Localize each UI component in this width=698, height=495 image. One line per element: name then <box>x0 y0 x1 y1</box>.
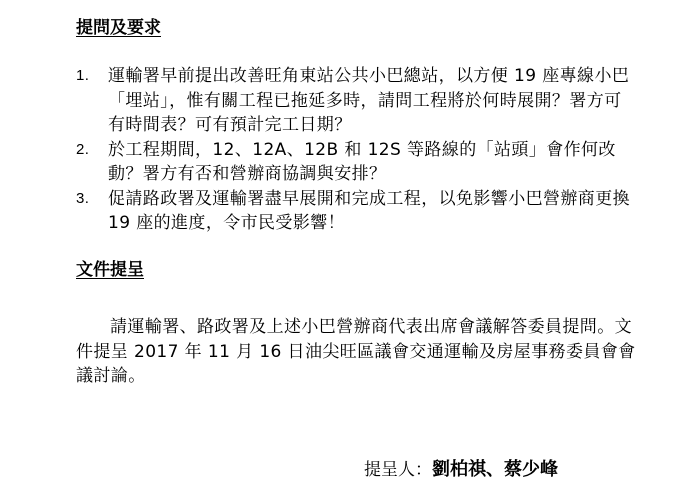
question-text: 促請路政署及運輸署盡早展開和完成工程，以免影響小巴營辦商更換 19 座的進度，令… <box>108 189 630 234</box>
signature-label: 提呈人： <box>364 460 432 480</box>
question-number: 3. <box>76 187 89 212</box>
questions-list: 1. 運輸署早前提出改善旺角東站公共小巴總站，以方便 19 座專線小巴「埋站」，… <box>76 64 636 236</box>
question-text: 運輸署早前提出改善旺角東站公共小巴總站，以方便 19 座專線小巴「埋站」，惟有關… <box>108 66 629 135</box>
question-item-1: 1. 運輸署早前提出改善旺角東站公共小巴總站，以方便 19 座專線小巴「埋站」，… <box>76 64 636 138</box>
section-heading-questions: 提問及要求 <box>76 17 161 39</box>
signature-line: 提呈人：劉柏祺、蔡少峰 <box>364 458 558 482</box>
submission-paragraph: 請運輸署、路政署及上述小巴營辦商代表出席會議解答委員提問。文件提呈 2017 年… <box>76 315 636 389</box>
question-number: 1. <box>76 64 89 89</box>
question-item-3: 3. 促請路政署及運輸署盡早展開和完成工程，以免影響小巴營辦商更換 19 座的進… <box>76 187 636 236</box>
section-heading-submission: 文件提呈 <box>76 259 144 281</box>
question-number: 2. <box>76 138 89 163</box>
question-item-2: 2. 於工程期間，12、12A、12B 和 12S 等路線的「站頭」會作何改動？… <box>76 138 636 187</box>
question-text: 於工程期間，12、12A、12B 和 12S 等路線的「站頭」會作何改動？署方有… <box>108 140 616 185</box>
signature-names: 劉柏祺、蔡少峰 <box>432 459 558 480</box>
